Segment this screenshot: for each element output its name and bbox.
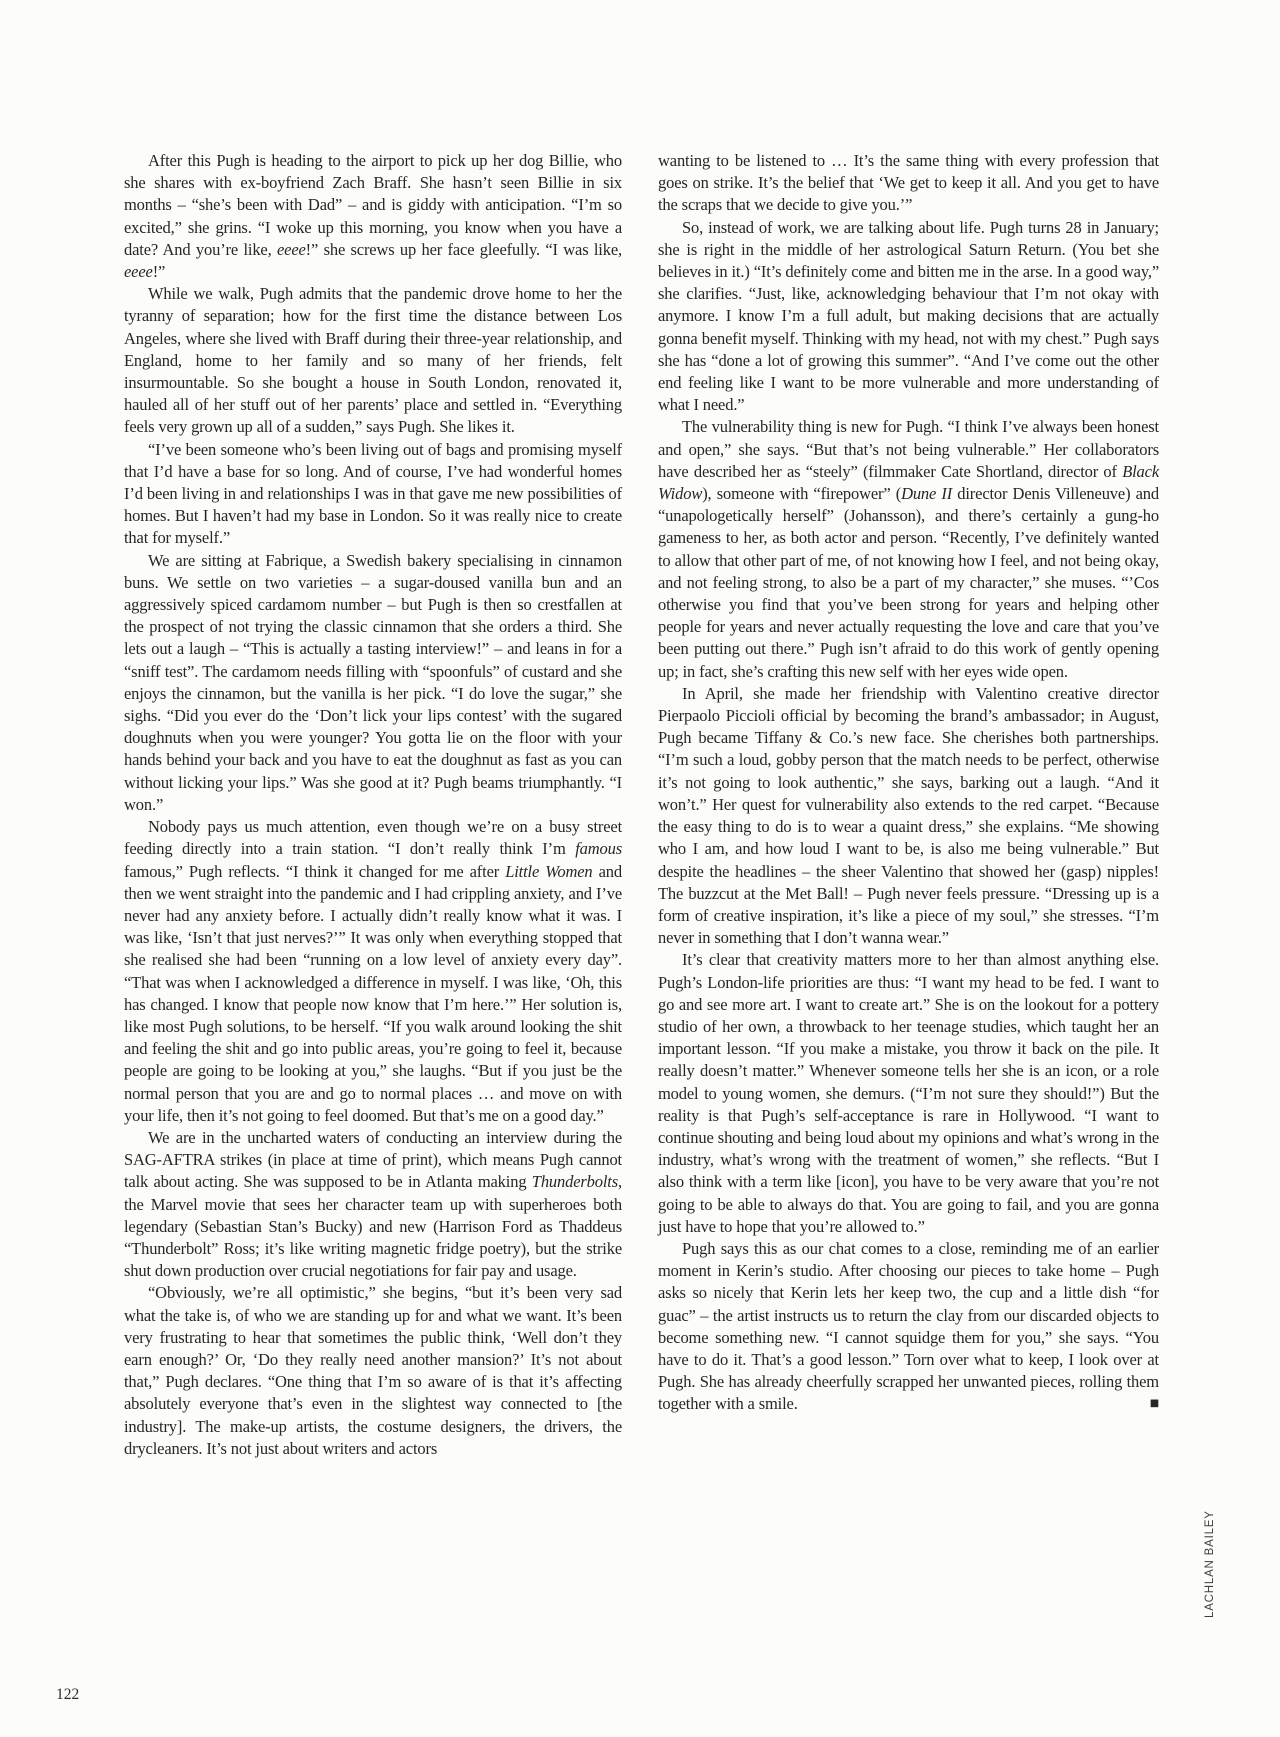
magazine-page: After this Pugh is heading to the airpor… <box>0 0 1280 1737</box>
article-paragraph: Nobody pays us much attention, even thou… <box>124 816 622 1127</box>
article-paragraph: Pugh says this as our chat comes to a cl… <box>658 1238 1159 1416</box>
article-paragraph: wanting to be listened to … It’s the sam… <box>658 150 1159 217</box>
italic-text: Dune II <box>901 484 952 503</box>
article-paragraph: We are sitting at Fabrique, a Swedish ba… <box>124 550 622 816</box>
photo-credit: LACHLAN BAILEY <box>1204 1510 1216 1618</box>
article-paragraph: It’s clear that creativity matters more … <box>658 949 1159 1238</box>
end-of-article-mark: ■ <box>1126 1393 1159 1415</box>
italic-text: eeee <box>124 262 153 281</box>
article-column-right: wanting to be listened to … It’s the sam… <box>658 150 1159 1416</box>
italic-text: Thunderbolts <box>532 1172 618 1191</box>
article-paragraph: The vulnerability thing is new for Pugh.… <box>658 416 1159 682</box>
article-column-left: After this Pugh is heading to the airpor… <box>124 150 622 1460</box>
article-paragraph: “I’ve been someone who’s been living out… <box>124 439 622 550</box>
italic-text: Little Women <box>505 862 592 881</box>
article-paragraph: “Obviously, we’re all optimistic,” she b… <box>124 1282 622 1460</box>
page-number: 122 <box>56 1686 79 1704</box>
article-paragraph: In April, she made her friendship with V… <box>658 683 1159 949</box>
article-paragraph: We are in the uncharted waters of conduc… <box>124 1127 622 1282</box>
italic-text: famous <box>575 839 622 858</box>
article-paragraph: While we walk, Pugh admits that the pand… <box>124 283 622 438</box>
italic-text: eeee <box>277 240 306 259</box>
article-paragraph: So, instead of work, we are talking abou… <box>658 217 1159 417</box>
article-paragraph: After this Pugh is heading to the airpor… <box>124 150 622 283</box>
